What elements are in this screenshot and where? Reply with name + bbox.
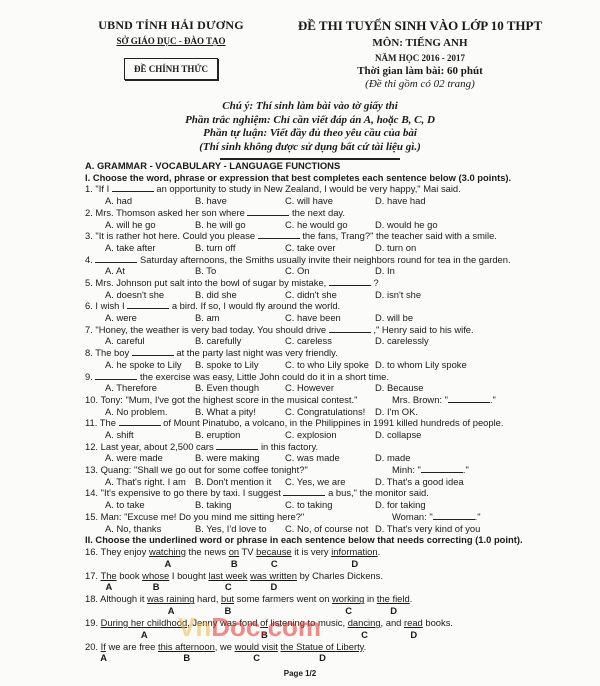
question-stem: 6. I wish I bbox=[85, 300, 125, 311]
question-stem: 2. Mrs. Thomson asked her son where bbox=[85, 207, 245, 218]
exam-notes: Chú ý: Thí sinh làm bài vào tờ giấy thi … bbox=[150, 100, 470, 160]
question-stem-end: an opportunity to study in New Zealand, … bbox=[156, 183, 460, 194]
option-a: A. At bbox=[105, 265, 125, 277]
letter-a: A bbox=[164, 558, 171, 570]
letter-d: D bbox=[410, 629, 417, 641]
letter-d: D bbox=[351, 558, 358, 570]
option-c: C. explosion bbox=[285, 429, 337, 441]
option-a: A. were made bbox=[105, 452, 163, 464]
option-a: A. take after bbox=[105, 242, 156, 254]
option-a: A. No problem. bbox=[105, 406, 168, 418]
section-title: A. GRAMMAR - VOCABULARY - LANGUAGE FUNCT… bbox=[85, 160, 585, 172]
option-c: C. take over bbox=[285, 242, 336, 254]
question-stem-end: ? bbox=[373, 277, 378, 288]
question-stem-end: ," Henry said to his wife. bbox=[373, 324, 473, 335]
underlined-phrase: was raining bbox=[147, 593, 194, 604]
question: 4. Saturday afternoons, the Smiths usual… bbox=[85, 254, 585, 266]
option-c: C. didn't she bbox=[285, 289, 337, 301]
letter-a: A bbox=[106, 581, 113, 593]
header-left: UBND TỈNH HẢI DƯƠNG SỞ GIÁO DỤC - ĐÀO TẠ… bbox=[96, 18, 246, 80]
sentence-text: some farmers went on bbox=[234, 593, 332, 604]
part2-instruction: II. Choose the underlined word or phrase… bbox=[85, 534, 585, 546]
option-c: C. However bbox=[285, 382, 334, 394]
option-c: C. On bbox=[285, 265, 310, 277]
answer-options: A. shiftB. eruptionC. explosionD. collap… bbox=[85, 429, 585, 441]
answer-letters: ABCD bbox=[85, 558, 585, 570]
option-c: C. Yes, we are bbox=[285, 476, 345, 488]
sentence-text: listening to music, bbox=[268, 617, 348, 628]
sentence-text: hard, bbox=[194, 593, 221, 604]
sentence-text: 20. bbox=[85, 641, 101, 652]
option-d: D. collapse bbox=[375, 429, 421, 441]
answer-blank bbox=[448, 394, 490, 403]
option-a: A. Therefore bbox=[105, 382, 157, 394]
sentence-text: 18. Although it bbox=[85, 593, 147, 604]
answer-options: A. will he goB. he will goC. he would go… bbox=[85, 219, 585, 231]
option-b: B. taking bbox=[195, 499, 231, 511]
sentence-text: 16. They enjoy bbox=[85, 546, 149, 557]
option-b: B. spoke to Lily bbox=[195, 359, 259, 371]
option-b: B. What a pity! bbox=[195, 406, 256, 418]
option-b: B. did she bbox=[195, 289, 237, 301]
option-c: C. he would go bbox=[285, 219, 348, 231]
error-correction-questions: 16. They enjoy watching the news on TV b… bbox=[85, 546, 585, 665]
option-d: D. for taking bbox=[375, 499, 426, 511]
error-question: 17. The book whose I bought last week wa… bbox=[85, 570, 585, 582]
underlined-phrase: of bbox=[260, 617, 268, 628]
letter-a: A bbox=[168, 605, 175, 617]
answer-blank bbox=[329, 324, 371, 333]
option-c: C. have been bbox=[285, 312, 341, 324]
option-b: B. am bbox=[195, 312, 220, 324]
answer-blank bbox=[283, 487, 325, 496]
error-question: 18. Although it was raining hard, but so… bbox=[85, 593, 585, 605]
option-d: D. carelessly bbox=[375, 335, 429, 347]
answer-blank bbox=[258, 230, 300, 239]
question: 14. "It's expensive to go there by taxi.… bbox=[85, 487, 585, 499]
question: 13. Quang: "Shall we go out for some cof… bbox=[85, 464, 585, 476]
note-line: Phần trắc nghiệm: Chỉ cần viết đáp án A,… bbox=[150, 114, 470, 128]
option-a: A. careful bbox=[105, 335, 145, 347]
question-stem: 1. "If I bbox=[85, 183, 109, 194]
letter-a: A bbox=[141, 629, 148, 641]
question: 12. Last year, about 2,500 cars in this … bbox=[85, 441, 585, 453]
note-line: Phần tự luận: Viết đầy đủ theo yêu cầu c… bbox=[150, 127, 470, 141]
letter-c: C bbox=[271, 558, 278, 570]
question-stem: 3. "It is rather hot here. Could you ple… bbox=[85, 230, 255, 241]
sentence-text: . bbox=[364, 641, 367, 652]
answer-options: A. carefulB. carefullyC. carelessD. care… bbox=[85, 335, 585, 347]
answer-blank bbox=[112, 183, 154, 192]
error-question: 20. If we are free this afternoon, we wo… bbox=[85, 641, 585, 653]
question: 15. Man: "Excuse me! Do you mind me sitt… bbox=[85, 511, 585, 523]
letter-b: B bbox=[225, 605, 232, 617]
option-d: D. would he go bbox=[375, 219, 438, 231]
letter-d: D bbox=[319, 652, 326, 664]
question-stem: 5. Mrs. Johnson put salt into the bowl o… bbox=[85, 277, 326, 288]
question: 1. "If I an opportunity to study in New … bbox=[85, 183, 585, 195]
answer-options: A. hadB. haveC. will haveD. have had bbox=[85, 195, 585, 207]
underlined-phrase: last week bbox=[208, 570, 247, 581]
question: 11. The of Mount Pinatubo, a volcano, in… bbox=[85, 417, 585, 429]
sentence-text: TV bbox=[239, 546, 256, 557]
question-stem: 13. Quang: "Shall we go out for some cof… bbox=[85, 464, 308, 475]
answer-options: A. AtB. ToC. OnD. In bbox=[85, 265, 585, 277]
sentence-text: , we bbox=[215, 641, 235, 652]
letter-b: B bbox=[183, 652, 190, 664]
answer-blank bbox=[247, 207, 289, 216]
organization: UBND TỈNH HẢI DƯƠNG bbox=[96, 18, 246, 33]
question-stem: 10. Tony: "Mum, I've got the highest sco… bbox=[85, 394, 357, 405]
question-stem-end: a bus," the monitor said. bbox=[328, 487, 429, 498]
answer-letters: ABCD bbox=[85, 629, 585, 641]
option-a: A. shift bbox=[105, 429, 134, 441]
underlined-phrase: watching bbox=[149, 546, 186, 557]
question-stem: 11. The bbox=[85, 417, 116, 428]
page-number: Page 1/2 bbox=[0, 669, 600, 678]
letter-b: B bbox=[153, 581, 160, 593]
option-d: D. That's a good idea bbox=[375, 476, 464, 488]
question: 9. the exercise was easy, Little John co… bbox=[85, 371, 585, 383]
option-c: C. Congratulations! bbox=[285, 406, 365, 418]
answer-options: A. to takeB. takingC. to takingD. for ta… bbox=[85, 499, 585, 511]
exam-duration: Thời gian làm bài: 60 phút bbox=[270, 65, 570, 77]
letter-b: B bbox=[231, 558, 238, 570]
exam-subject: MÔN: TIẾNG ANH bbox=[270, 37, 570, 49]
option-d: D. have had bbox=[375, 195, 426, 207]
sentence-text: book bbox=[117, 570, 143, 581]
option-b: B. Even though bbox=[195, 382, 259, 394]
question-stem-end: of Mount Pinatubo, a volcano, in the Phi… bbox=[163, 417, 503, 428]
answer-options: A. were madeB. were makingC. was madeD. … bbox=[85, 452, 585, 464]
underlined-phrase: was written bbox=[250, 570, 297, 581]
underlined-phrase: The bbox=[100, 570, 116, 581]
question-stem-end: the next day. bbox=[292, 207, 345, 218]
option-b: B. Yes, I'd love to bbox=[195, 523, 267, 535]
sentence-text: we are free bbox=[106, 641, 158, 652]
option-b: B. were making bbox=[195, 452, 260, 464]
question-stem: 8. The boy bbox=[85, 347, 129, 358]
exam-title: ĐỀ THI TUYỂN SINH VÀO LỚP 10 THPT bbox=[270, 18, 570, 34]
multiple-choice-questions: 1. "If I an opportunity to study in New … bbox=[85, 183, 585, 534]
answer-options: A. No problem.B. What a pity!C. Congratu… bbox=[85, 406, 585, 418]
sentence-text: . bbox=[378, 546, 381, 557]
sentence-text: in bbox=[364, 593, 377, 604]
option-a: A. to take bbox=[105, 499, 145, 511]
sentence-text: 17. bbox=[85, 570, 100, 581]
option-b: B. eruption bbox=[195, 429, 240, 441]
answer-blank bbox=[216, 441, 258, 450]
question-stem: 15. Man: "Excuse me! Do you mind me sitt… bbox=[85, 511, 304, 522]
underlined-phrase: but bbox=[221, 593, 234, 604]
question: 6. I wish I a bird. If so, I would fly a… bbox=[85, 300, 585, 312]
option-b: B. To bbox=[195, 265, 216, 277]
letter-c: C bbox=[225, 581, 232, 593]
answer-blank bbox=[433, 511, 475, 520]
underlined-phrase: information bbox=[331, 546, 377, 557]
underlined-phrase: working bbox=[332, 593, 364, 604]
answer-options: A. ThereforeB. Even thoughC. HoweverD. B… bbox=[85, 382, 585, 394]
answer-letters: ABCD bbox=[85, 605, 585, 617]
answer-letters: ABCD bbox=[85, 652, 585, 664]
response-prompt: Mrs. Brown: "." bbox=[392, 394, 496, 406]
page-count-note: (Đề thi gồm có 02 trang) bbox=[270, 78, 570, 90]
option-d: D. isn't she bbox=[375, 289, 421, 301]
letter-d: D bbox=[271, 581, 278, 593]
option-b: B. turn off bbox=[195, 242, 235, 254]
underlined-phrase: read bbox=[404, 617, 423, 628]
error-question: 19. During her childhood, Jenny was fond… bbox=[85, 617, 585, 629]
underlined-phrase: this afternoon bbox=[158, 641, 215, 652]
option-c: C. will have bbox=[285, 195, 333, 207]
answer-options: A. he spoke to LilyB. spoke to LilyC. to… bbox=[85, 359, 585, 371]
question-stem: 4. bbox=[85, 254, 93, 265]
option-c: C. No, of course not bbox=[285, 523, 368, 535]
sentence-text: , and bbox=[381, 617, 404, 628]
sentence-text: by Charles Dickens. bbox=[297, 570, 383, 581]
underlined-phrase: on bbox=[229, 546, 239, 557]
option-c: C. to who Lily spoke bbox=[285, 359, 369, 371]
underlined-phrase: because bbox=[256, 546, 291, 557]
option-c: C. to taking bbox=[285, 499, 332, 511]
header-right: ĐỀ THI TUYỂN SINH VÀO LỚP 10 THPT MÔN: T… bbox=[270, 18, 570, 90]
option-c: C. careless bbox=[285, 335, 332, 347]
question: 3. "It is rather hot here. Could you ple… bbox=[85, 230, 585, 242]
question: 2. Mrs. Thomson asked her son where the … bbox=[85, 207, 585, 219]
option-d: D. In bbox=[375, 265, 395, 277]
option-d: D. made bbox=[375, 452, 410, 464]
part1-instruction: I. Choose the word, phrase or expression… bbox=[85, 172, 585, 184]
option-b: B. he will go bbox=[195, 219, 246, 231]
option-d: D. That's very kind of you bbox=[375, 523, 480, 535]
sentence-text: . bbox=[410, 593, 413, 604]
note-line: (Thí sinh không được sử dụng bất cứ tài … bbox=[150, 141, 470, 155]
question-stem-end: at the party last night was very friendl… bbox=[176, 347, 337, 358]
answer-blank bbox=[95, 254, 137, 263]
note-line: Chú ý: Thí sinh làm bài vào tờ giấy thi bbox=[150, 100, 470, 114]
option-a: A. he spoke to Lily bbox=[105, 359, 182, 371]
sentence-text: the news bbox=[186, 546, 229, 557]
underlined-phrase: the Statue of Liberty bbox=[280, 641, 363, 652]
answer-options: A. take afterB. turn offC. take overD. t… bbox=[85, 242, 585, 254]
underlined-phrase: dancing bbox=[348, 617, 381, 628]
question-stem-end: the exercise was easy, Little John could… bbox=[140, 371, 389, 382]
answer-blank bbox=[95, 371, 137, 380]
question-stem-end: Saturday afternoons, the Smiths usually … bbox=[140, 254, 511, 265]
option-d: D. to whom Lily spoke bbox=[375, 359, 467, 371]
question-stem: 9. bbox=[85, 371, 93, 382]
answer-options: A. wereB. amC. have beenD. will be bbox=[85, 312, 585, 324]
letter-c: C bbox=[345, 605, 352, 617]
answer-options: A. doesn't sheB. did sheC. didn't sheD. … bbox=[85, 289, 585, 301]
sentence-text: I bought bbox=[169, 570, 208, 581]
response-prompt: Minh: "." bbox=[392, 464, 469, 476]
option-a: A. doesn't she bbox=[105, 289, 164, 301]
question-stem-end: a bird. If so, I would fly around the wo… bbox=[172, 300, 340, 311]
option-c: C. was made bbox=[285, 452, 340, 464]
sentence-text: , Jenny was fond bbox=[187, 617, 260, 628]
answer-letters: ABCD bbox=[85, 581, 585, 593]
option-a: A. had bbox=[105, 195, 132, 207]
option-a: A. No, thanks bbox=[105, 523, 161, 535]
school-year: NĂM HỌC 2016 - 2017 bbox=[270, 53, 570, 63]
question: 10. Tony: "Mum, I've got the highest sco… bbox=[85, 394, 585, 406]
option-d: D. turn on bbox=[375, 242, 416, 254]
sentence-text: books. bbox=[423, 617, 453, 628]
answer-options: A. That's right. I amB. Don't mention it… bbox=[85, 476, 585, 488]
error-question: 16. They enjoy watching the news on TV b… bbox=[85, 546, 585, 558]
answer-blank bbox=[329, 277, 371, 286]
question: 7. "Honey, the weather is very bad today… bbox=[85, 324, 585, 336]
option-a: A. were bbox=[105, 312, 137, 324]
underlined-phrase: the field bbox=[377, 593, 410, 604]
letter-c: C bbox=[361, 629, 368, 641]
answer-blank bbox=[127, 300, 169, 309]
question: 5. Mrs. Johnson put salt into the bowl o… bbox=[85, 277, 585, 289]
official-badge: ĐỀ CHÍNH THỨC bbox=[124, 58, 218, 80]
exam-content: A. GRAMMAR - VOCABULARY - LANGUAGE FUNCT… bbox=[85, 160, 585, 664]
question-stem: 14. "It's expensive to go there by taxi.… bbox=[85, 487, 281, 498]
sentence-text: it is very bbox=[292, 546, 332, 557]
answer-blank bbox=[421, 464, 463, 473]
option-a: A. will he go bbox=[105, 219, 156, 231]
answer-blank bbox=[119, 417, 161, 426]
answer-blank bbox=[132, 347, 174, 356]
option-d: D. I'm OK. bbox=[375, 406, 418, 418]
department: SỞ GIÁO DỤC - ĐÀO TẠO bbox=[96, 36, 246, 46]
letter-b: B bbox=[261, 629, 268, 641]
option-d: D. Because bbox=[375, 382, 423, 394]
underlined-phrase: would visit bbox=[235, 641, 278, 652]
option-d: D. will be bbox=[375, 312, 413, 324]
question: 8. The boy at the party last night was v… bbox=[85, 347, 585, 359]
question-stem-end: the fans, Trang?" the teacher said with … bbox=[302, 230, 497, 241]
answer-options: A. No, thanksB. Yes, I'd love toC. No, o… bbox=[85, 523, 585, 535]
letter-a: A bbox=[100, 652, 107, 664]
option-b: B. carefully bbox=[195, 335, 241, 347]
question-stem: 7. "Honey, the weather is very bad today… bbox=[85, 324, 326, 335]
letter-d: D bbox=[390, 605, 397, 617]
option-b: B. Don't mention it bbox=[195, 476, 271, 488]
response-prompt: Woman: "." bbox=[392, 511, 481, 523]
letter-c: C bbox=[253, 652, 260, 664]
sentence-text: 19. bbox=[85, 617, 101, 628]
question-stem: 12. Last year, about 2,500 cars bbox=[85, 441, 214, 452]
option-b: B. have bbox=[195, 195, 227, 207]
underlined-phrase: During her childhood bbox=[101, 617, 188, 628]
question-stem-end: in this factory. bbox=[261, 441, 318, 452]
underlined-phrase: whose bbox=[142, 570, 169, 581]
option-a: A. That's right. I am bbox=[105, 476, 186, 488]
